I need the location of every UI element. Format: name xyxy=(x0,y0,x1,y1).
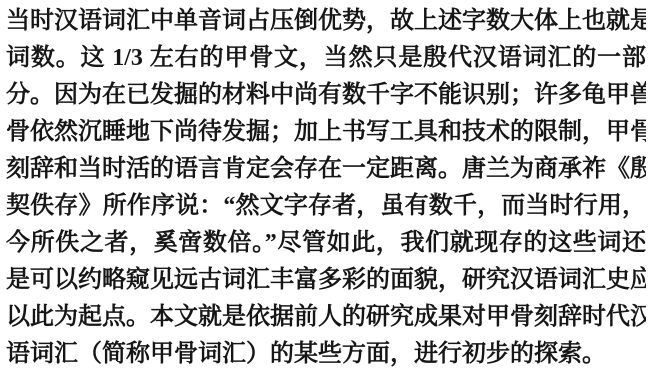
scanned-text-page: 当时汉语词汇中单音词占压倒优势，故上述字数大体上也就是 词数。这 1/3 左右的… xyxy=(0,0,651,376)
text-line-3: 分。因为在已发掘的材料中尚有数千字不能识别；许多龟甲兽 xyxy=(6,77,646,114)
text-line-1: 当时汉语词汇中单音词占压倒优势，故上述字数大体上也就是 xyxy=(6,3,646,40)
text-line-2: 词数。这 1/3 左右的甲骨文，当然只是殷代汉语词汇的一部 xyxy=(6,40,646,77)
text-line-7: 今所佚之者，奚啻数倍。”尽管如此，我们就现存的这些词还 xyxy=(6,225,646,262)
text-line-9: 以此为起点。本文就是依据前人的研究成果对甲骨刻辞时代汉 xyxy=(6,299,646,336)
text-line-6: 契佚存》所作序说：“然文字存者，虽有数千，而当时行用， xyxy=(6,188,646,225)
text-line-10: 语词汇（简称甲骨词汇）的某些方面，进行初步的探索。 xyxy=(6,336,646,373)
text-line-5: 刻辞和当时活的语言肯定会存在一定距离。唐兰为商承祚《殷 xyxy=(6,151,646,188)
text-line-4: 骨依然沉睡地下尚待发掘；加上书写工具和技术的限制，甲骨 xyxy=(6,114,646,151)
text-line-8: 是可以约略窥见远古词汇丰富多彩的面貌，研究汉语词汇史应 xyxy=(6,262,646,299)
